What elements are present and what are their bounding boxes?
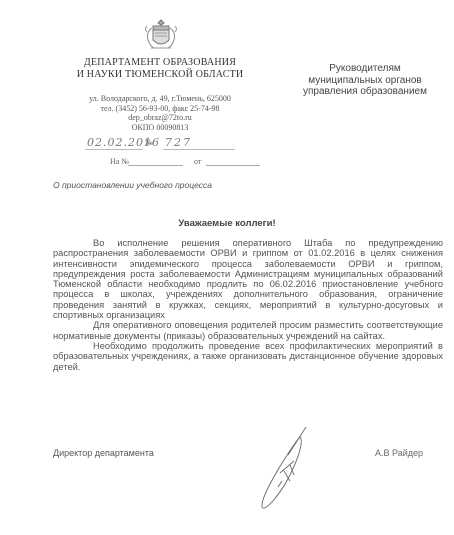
department-contacts: ул. Володарского, д. 49, г.Тюмень, 62500… — [60, 94, 260, 132]
department-name-line2: И НАУКИ ТЮМЕНСКОЙ ОБЛАСТИ — [60, 69, 260, 81]
number-underline — [163, 149, 235, 150]
from-blank — [206, 165, 260, 166]
phone: тел. (3452) 56-93-00, факс 25-74-98 — [60, 104, 260, 114]
recipient-line1: Руководителям — [290, 63, 440, 75]
from-label: от — [194, 157, 201, 166]
coat-of-arms-icon — [141, 18, 181, 52]
registration-number: 727 — [165, 136, 192, 149]
address: ул. Володарского, д. 49, г.Тюмень, 62500… — [60, 94, 260, 104]
reply-to-blank — [128, 165, 183, 166]
number-label: № — [145, 138, 153, 147]
body-paragraph: Во исполнение решения оперативного Штаба… — [53, 238, 443, 320]
letter-body: Во исполнение решения оперативного Штаба… — [53, 238, 443, 372]
reply-to-line: На № от — [110, 156, 260, 168]
recipient-line2: муниципальных органов — [290, 75, 440, 87]
recipient-block: Руководителям муниципальных органов упра… — [290, 63, 440, 98]
handwritten-signature-icon — [250, 425, 320, 515]
department-name-line1: ДЕПАРТАМЕНТ ОБРАЗОВАНИЯ — [60, 57, 260, 69]
date-underline — [85, 149, 143, 150]
body-paragraph: Для оперативного оповещения родителей пр… — [53, 320, 443, 341]
body-paragraph: Необходимо продолжить проведение всех пр… — [53, 341, 443, 372]
reply-to-label: На № — [110, 157, 129, 166]
department-name: ДЕПАРТАМЕНТ ОБРАЗОВАНИЯ И НАУКИ ТЮМЕНСКО… — [60, 57, 260, 81]
recipient-line3: управления образованием — [290, 86, 440, 98]
signatory-name: А.В Райдер — [375, 448, 423, 458]
registration-line: 02.02.2016 № 727 — [85, 136, 235, 150]
signatory-title: Директор департамента — [53, 448, 154, 458]
subject-line: О приостановлении учебного процесса — [53, 180, 303, 190]
greeting: Уважаемые коллеги! — [0, 218, 454, 229]
okpo: ОКПО 00090813 — [60, 123, 260, 133]
email: dep_obraz@72to.ru — [60, 113, 260, 123]
